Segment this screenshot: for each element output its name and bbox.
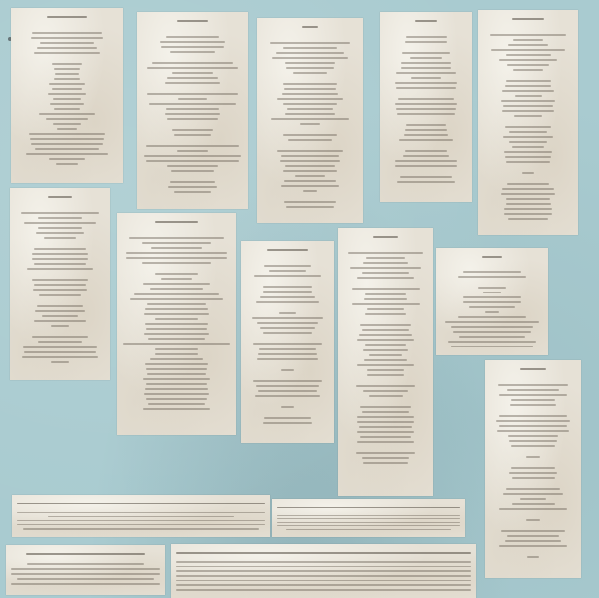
lyric-line-text [357,441,415,443]
lyric-line-text [269,270,306,272]
lyric-line-text [252,317,323,319]
lyric-line-text [165,82,220,84]
lyric-line-text [502,188,554,190]
lyric-line-text [277,150,342,152]
lyric-line-text [350,267,421,269]
lyric-line-text [362,457,410,459]
lyric-line-text [144,313,209,315]
lyric-line-text [49,158,86,160]
lyric-line-text [507,183,548,185]
lyric-line-text [256,301,319,303]
lyric-line-text [506,198,549,200]
lyric-line-text [146,145,239,147]
lyric-line-text [42,315,78,317]
lyric-line-text [272,57,349,59]
lyric-line-text [257,358,318,360]
lyric-line-text [32,336,88,338]
lyric-line-text [37,47,96,49]
lyric-line-text [27,563,143,565]
lyric-line-text [365,293,406,295]
lyric-line-text [260,296,315,298]
lyric-line-text [23,346,97,348]
lyric-line-text [406,36,447,38]
lyric-line-text [499,415,568,417]
lyric-line-text [459,336,524,338]
card-title-text [482,256,502,258]
lyric-line-text [166,108,219,110]
lyric-line-text [396,72,455,74]
card-title-text [373,236,399,239]
lyric-line-text [508,44,548,46]
lyric-line-text [281,155,339,157]
lyric-line-text [395,103,457,105]
lyric-line-text [39,294,80,296]
lyric-line-text [161,278,192,280]
lyric-line-text [498,384,569,386]
lyric-line-text [499,59,557,61]
lyric-line-text [497,430,569,432]
lyric-line-text [504,213,553,215]
lyric-line-text [357,339,413,341]
lyric-line-text [483,292,501,294]
lyric-line-text [176,589,471,591]
lyric-line-text [508,435,558,437]
lyric-line-text [176,566,471,568]
lyric-line-text [287,108,333,110]
lyric-line-text [511,445,556,447]
lyric-line-text [52,88,83,90]
lyric-line-text [253,343,323,345]
lyric-line-text [363,462,409,464]
album-insert-board [0,0,599,598]
lyric-line-text [172,129,212,131]
lyric-line-text [511,399,556,401]
lyric-line-text [54,78,81,80]
lyric-line-text [254,275,320,277]
lyric-line-text [490,34,566,36]
lyric-line-text [365,344,406,346]
lyric-line-text [174,134,210,136]
lyric-line-text [34,263,86,265]
lyric-line-text [126,252,226,254]
lyric-line-text [171,170,213,172]
card-title-text [26,553,145,556]
lyric-line-text [496,420,570,422]
lyric-line-text [288,139,332,141]
lyric-line-text [34,248,86,250]
lyric-line-text [52,63,83,65]
lyric-card [338,228,433,496]
lyric-line-text [176,561,471,563]
lyric-line-text [520,498,546,500]
lyric-line-text [357,431,413,433]
lyric-line-text [395,165,457,167]
lyric-line-text [17,512,265,513]
lyric-line-text [295,175,326,177]
lyric-line-text [406,124,445,126]
lyric-line-text [348,252,423,254]
card-title-text [277,507,460,508]
lyric-line-text [134,293,219,295]
lyric-line-text [166,36,219,38]
lyric-line-text [48,93,87,95]
lyric-line-text [168,186,216,188]
lyric-line-text [177,150,207,152]
lyric-line-text [507,535,559,537]
lyric-line-text [129,237,225,239]
lyric-line-text [503,136,553,138]
lyric-line-text [170,181,214,183]
lyric-line-text [280,160,340,162]
lyric-line-text [178,98,206,100]
lyric-line-text [143,408,211,410]
lyric-line-text [49,83,86,85]
lyric-line-text [411,77,441,79]
lyric-line-text [404,134,448,136]
lyric-line-text [445,321,539,323]
lyric-line-text [172,72,212,74]
lyric-line-text [357,364,413,366]
lyric-line-text [277,518,460,519]
lyric-line-text [146,328,207,330]
lyric-line-text [144,393,209,395]
lyric-line-text [526,519,540,521]
lyric-line-text [31,37,102,39]
lyric-line-text [506,488,559,490]
lyric-card [380,12,472,202]
lyric-line-text [155,273,199,275]
lyric-line-text [499,394,568,396]
lyric-line-text [270,42,351,44]
lyric-line-text [32,253,88,255]
lyric-line-text [146,383,207,385]
lyric-line-text [147,93,238,95]
lyric-card [478,10,578,235]
lyric-line-text [149,103,236,105]
lyric-line-text [511,467,556,469]
lyric-line-text [507,389,559,391]
lyric-line-text [145,388,208,390]
lyric-line-text [363,262,407,264]
lyric-line-text [463,296,520,298]
lyric-line-text [176,570,471,572]
lyric-line-text [130,298,224,300]
lyric-line-text [286,206,334,208]
card-title-text [47,16,88,19]
lyric-line-text [509,440,557,442]
lyric-line-text [283,47,337,49]
lyric-line-text [503,493,563,495]
lyric-line-text [284,180,336,182]
lyric-line-text [22,356,98,358]
lyric-line-text [506,161,549,163]
lyric-line-text [356,452,416,454]
lyric-line-text [277,98,342,100]
card-title-text [512,18,544,21]
lyric-card [272,499,465,537]
lyric-line-text [11,583,160,585]
lyric-card [436,248,548,355]
lyric-line-text [363,349,409,351]
lyric-line-text [277,515,460,516]
lyric-line-text [51,361,69,363]
lyric-line-text [506,203,551,205]
lyric-line-text [51,325,69,327]
lyric-line-text [264,417,310,419]
lyric-line-text [359,426,412,428]
lyric-line-text [509,131,547,133]
lyric-line-text [357,277,413,279]
lyric-line-text [145,363,208,365]
card-title-text [302,26,317,29]
lyric-line-text [526,456,540,458]
lyric-line-text [400,176,452,178]
lyric-line-text [277,522,460,523]
lyric-line-text [395,82,457,84]
lyric-line-text [260,327,315,329]
lyric-line-text [17,524,265,525]
lyric-line-text [176,584,471,586]
lyric-line-text [143,378,211,380]
lyric-line-text [514,115,543,117]
lyric-line-text [513,39,544,41]
lyric-line-text [403,155,449,157]
lyric-line-text [142,242,212,244]
lyric-line-text [510,404,556,406]
lyric-line-text [506,80,551,82]
lyric-line-text [277,525,460,526]
lyric-card [171,544,476,598]
lyric-line-text [26,153,108,155]
lyric-line-text [458,316,525,318]
lyric-line-text [161,46,224,48]
lyric-line-text [396,87,457,89]
lyric-line-text [23,528,259,529]
lyric-line-text [499,425,568,427]
card-title-text [177,20,207,23]
lyric-line-text [359,334,412,336]
lyric-line-text [35,310,85,312]
lyric-line-text [32,258,88,260]
lyric-line-text [509,141,547,143]
lyric-card [12,495,270,537]
lyric-line-text [362,329,410,331]
lyric-line-text [501,530,565,532]
lyric-line-text [279,312,296,314]
lyric-line-text [356,385,416,387]
lyric-line-text [513,69,544,71]
lyric-line-text [283,83,337,85]
lyric-line-text [451,346,533,348]
lyric-line-text [35,148,98,150]
lyric-line-text [176,580,471,582]
lyric-line-text [34,284,86,286]
lyric-line-text [263,422,313,424]
card-title-text [176,552,471,554]
lyric-line-text [170,51,214,53]
lyric-line-text [11,568,160,570]
lyric-line-text [285,165,335,167]
lyric-line-text [155,318,199,320]
lyric-line-text [123,343,230,345]
lyric-line-text [501,193,555,195]
lyric-line-text [174,191,210,193]
lyric-line-text [283,134,337,136]
lyric-line-text [505,540,560,542]
lyric-line-text [31,143,102,145]
lyric-line-text [167,118,218,120]
lyric-line-text [357,421,413,423]
lyric-line-text [293,72,328,74]
lyric-line-text [55,73,79,75]
lyric-line-text [144,333,209,335]
lyric-line-text [24,351,96,353]
lyric-line-text [17,520,265,521]
lyric-line-text [151,247,201,249]
lyric-line-text [515,95,542,97]
lyric-line-text [155,353,199,355]
lyric-line-text [399,139,453,141]
lyric-card [485,360,581,578]
lyric-line-text [369,354,401,356]
lyric-line-text [276,52,343,54]
lyric-card [137,12,248,209]
lyric-card [10,188,110,380]
lyric-line-text [33,289,87,291]
lyric-line-text [11,573,160,575]
lyric-line-text [160,41,225,43]
lyric-line-text [143,283,211,285]
lyric-line-text [364,359,407,361]
lyric-line-text [285,62,335,64]
lyric-line-text [150,288,202,290]
lyric-line-text [50,103,85,105]
lyric-line-text [30,138,103,140]
lyric-line-text [522,172,535,174]
lyric-line-text [397,181,454,183]
lyric-line-text [263,291,311,293]
lyric-line-text [502,90,554,92]
lyric-line-text [512,477,555,479]
lyric-line-text [300,123,319,125]
lyric-line-text [485,311,499,313]
lyric-line-text [366,257,405,259]
card-title-text [48,196,71,199]
lyric-line-text [362,411,410,413]
lyric-line-text [255,395,320,397]
lyric-line-text [303,190,316,192]
lyric-line-text [38,341,81,343]
lyric-line-text [360,406,411,408]
lyric-line-text [34,320,86,322]
lyric-line-text [508,218,548,220]
lyric-line-text [32,32,101,34]
card-title-text [17,503,265,505]
lyric-line-text [448,341,536,343]
lyric-line-text [148,403,205,405]
lyric-line-text [38,227,81,229]
lyric-line-text [509,472,557,474]
lyric-line-text [53,123,82,125]
lyric-line-text [34,52,99,54]
lyric-card [6,545,165,595]
lyric-line-text [405,41,448,43]
lyric-line-text [491,49,565,51]
card-title-text [267,249,309,252]
lyric-line-text [469,306,516,308]
lyric-line-text [501,100,555,102]
lyric-line-text [360,436,411,438]
lyric-line-text [367,369,404,371]
lyric-line-text [126,257,226,259]
lyric-line-text [53,98,82,100]
lyric-line-text [38,217,81,219]
lyric-line-text [167,165,218,167]
lyric-line-text [146,368,207,370]
lyric-line-text [271,118,350,120]
lyric-line-text [527,556,539,558]
lyric-line-text [24,222,96,224]
lyric-line-text [363,390,409,392]
lyric-line-text [40,42,93,44]
lyric-line-text [44,237,76,239]
lyric-line-text [155,348,199,350]
lyric-line-text [36,232,85,234]
lyric-line-text [150,358,202,360]
lyric-line-text [148,338,205,340]
lyric-line-text [505,85,552,87]
lyric-line-text [286,529,451,530]
lyric-line-text [463,301,520,303]
lyric-line-text [453,331,531,333]
lyric-line-text [504,208,553,210]
lyric-line-text [256,385,319,387]
lyric-line-text [367,374,404,376]
lyric-line-text [146,398,207,400]
lyric-card [117,213,236,435]
lyric-line-text [147,373,206,375]
lyric-line-text [405,129,448,131]
lyric-line-text [144,155,241,157]
lyric-line-text [253,380,323,382]
lyric-line-text [281,369,294,371]
lyric-line-text [367,308,404,310]
lyric-line-text [369,395,403,397]
lyric-line-text [284,88,336,90]
lyric-line-text [56,163,78,165]
lyric-line-text [283,170,337,172]
lyric-line-text [27,268,94,270]
lyric-line-text [398,98,454,100]
lyric-line-text [402,52,450,54]
lyric-line-text [54,68,81,70]
lyric-line-text [147,67,238,69]
lyric-line-text [147,303,206,305]
lyric-line-text [458,276,525,278]
lyric-line-text [46,118,89,120]
lyric-line-text [285,113,335,115]
lyric-line-text [396,108,457,110]
lyric-line-text [505,126,552,128]
lyric-line-text [451,326,533,328]
lyric-line-text [176,575,471,577]
lyric-line-text [165,113,220,115]
lyric-line-text [39,113,94,115]
lyric-line-text [365,313,406,315]
lyric-line-text [410,57,443,59]
lyric-line-text [352,288,420,290]
lyric-line-text [357,416,413,418]
